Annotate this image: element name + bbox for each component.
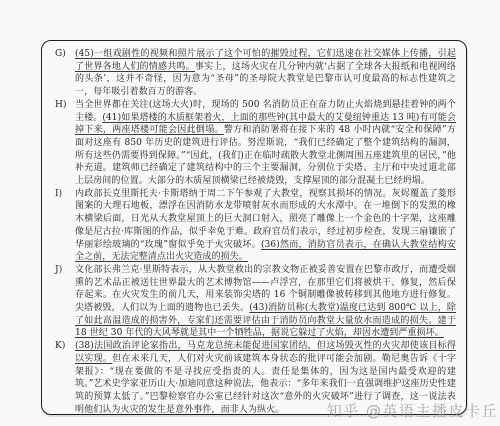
- paragraph-i: I)内政部长克里斯托夫·卡斯塔纳于周二下午参观了大教堂，视察其损坏的情况。灰烬覆…: [54, 188, 456, 264]
- scanned-document-page: G)(45)一组戏剧性的视频和照片展示了这个可怕的摧毁过程，它们迅速在社交媒体上…: [0, 0, 500, 426]
- paragraph-marker: I): [55, 188, 62, 201]
- paragraph-marker: H): [55, 99, 67, 112]
- text-box: G)(45)一组戏剧性的视频和照片展示了这个可怕的摧毁过程，它们迅速在社交媒体上…: [41, 40, 467, 415]
- watermark: 知乎 @英语主播皮卡丘: [327, 400, 498, 421]
- paragraph-marker: J): [55, 264, 62, 277]
- paragraph-h: H)当全世界都在关注(这场大火)时，现场的 500 名消防员正在奋力防止火焰烧到…: [54, 99, 456, 188]
- paragraph-j: J)文化部长弗兰克·里斯特表示，从大教堂救出的宗教文物正被妥善安置在巴黎市政厅，…: [54, 264, 456, 340]
- paragraph-marker: G): [55, 48, 66, 61]
- paragraph-marker: K): [55, 340, 65, 353]
- paragraph-g: G)(45)一组戏剧性的视频和照片展示了这个可怕的摧毁过程，它们迅速在社交媒体上…: [54, 48, 456, 99]
